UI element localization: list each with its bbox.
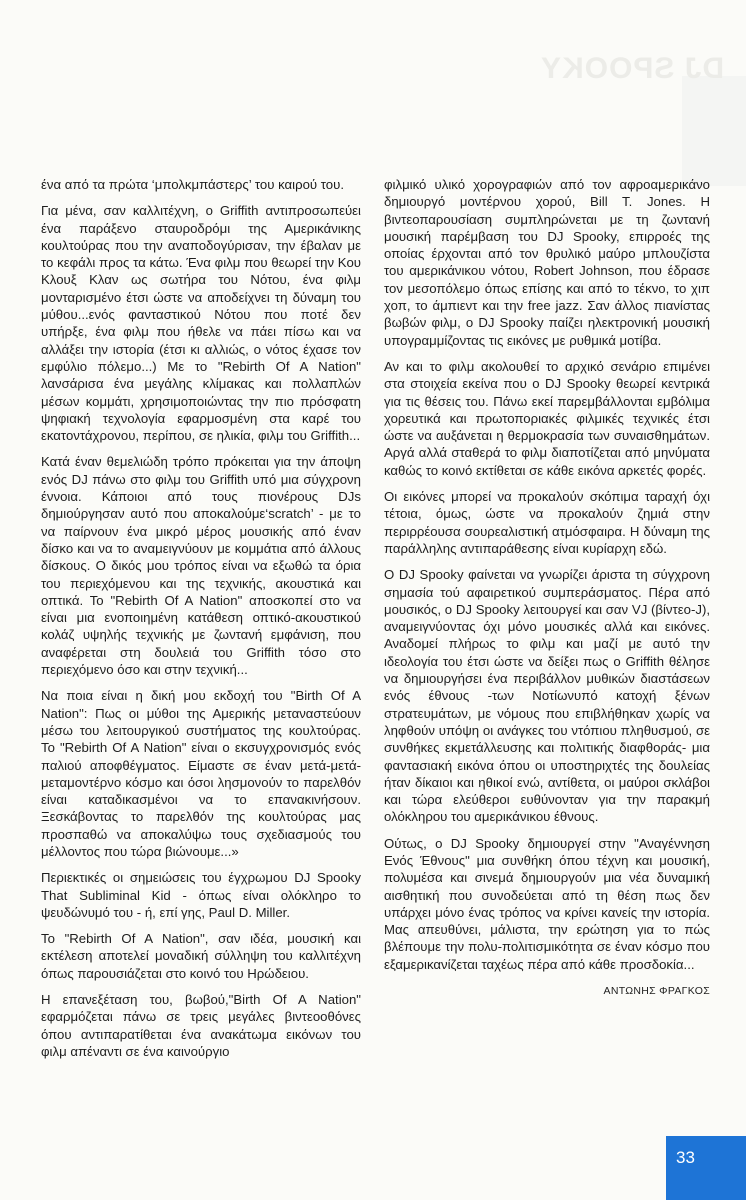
paragraph: φιλμικό υλικό χορογραφιών από τον αφροαμ… xyxy=(384,176,710,349)
paragraph: Αν και το φιλμ ακολουθεί το αρχικό σενάρ… xyxy=(384,358,710,479)
paragraph: Να ποια είναι η δική μου εκδοχή του "Bir… xyxy=(41,687,361,860)
paragraph: Ούτως, ο DJ Spooky δημιουργεί στην "Αναγ… xyxy=(384,835,710,973)
paragraph: Οι εικόνες μπορεί να προκαλούν σκόπιμα τ… xyxy=(384,488,710,557)
article-column-right: φιλμικό υλικό χορογραφιών από τον αφροαμ… xyxy=(384,176,710,1000)
show-through-panel xyxy=(682,76,746,186)
paragraph: Για μένα, σαν καλλιτέχνη, ο Griffith αντ… xyxy=(41,202,361,444)
paragraph: Ο DJ Spooky φαίνεται να γνωρίζει άριστα … xyxy=(384,566,710,825)
paragraph: Κατά έναν θεμελιώδη τρόπο πρόκειται για … xyxy=(41,453,361,678)
show-through-heading: DJ SPOOKY xyxy=(540,52,724,86)
article-column-left: ένα από τα πρώτα ‘μπολκμπάστερς’ του και… xyxy=(41,176,361,1069)
page-number-badge: 33 xyxy=(666,1136,746,1200)
paragraph: Η επανεξέταση του, βωβού,"Birth Of A Nat… xyxy=(41,991,361,1060)
author-signature: ΑΝΤΩΝΗΣ ΦΡΑΓΚΟΣ xyxy=(384,983,710,1000)
paragraph: Περιεκτικές οι σημειώσεις του έγχρωμου D… xyxy=(41,869,361,921)
paragraph: ένα από τα πρώτα ‘μπολκμπάστερς’ του και… xyxy=(41,176,361,193)
paragraph: Το "Rebirth Of A Nation", σαν ιδέα, μουσ… xyxy=(41,930,361,982)
